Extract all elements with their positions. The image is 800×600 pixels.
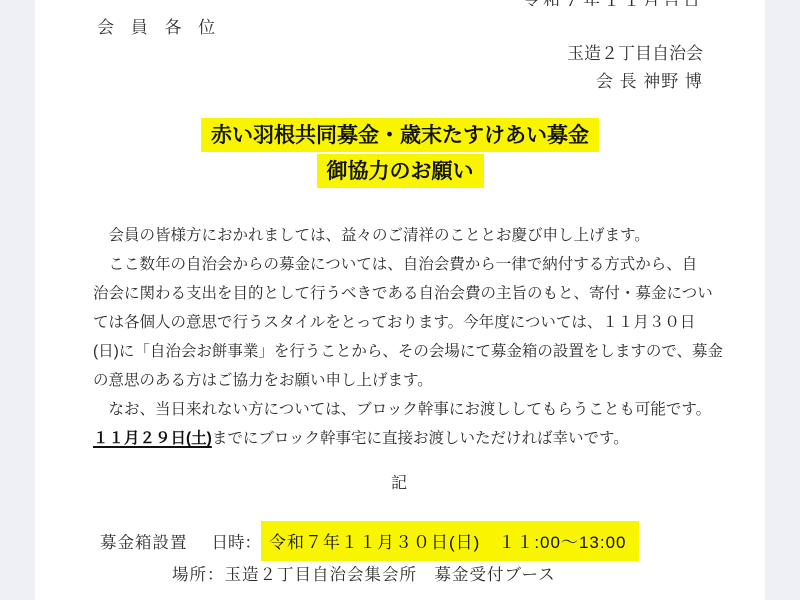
recipient-line: 会 員 各 位: [97, 13, 221, 38]
ki-section-marker: 記: [35, 470, 765, 493]
detail-item-label: 募金箱設置: [100, 529, 188, 553]
place-label: 場所：: [172, 566, 225, 584]
issue-date-clipped: 令和７年１１月吉日: [523, 0, 703, 6]
notice-title: 赤い羽根共同募金・歳末たすけあい募金 御協力のお願い: [35, 118, 765, 190]
sender-block: 玉造２丁目自治会 会 長 神野 博: [567, 40, 703, 96]
document-viewport: 令和７年１１月吉日 会 員 各 位 玉造２丁目自治会 会 長 神野 博 赤い羽根…: [0, 0, 800, 600]
sender-organization: 玉造２丁目自治会: [567, 40, 703, 68]
body-line: 治会に関わる支出を目的として行うべきである自治会費の主旨のもと、寄付・募金につい: [93, 279, 723, 308]
body-line-deadline: １１月２９日(土)までにブロック幹事宅に直接お渡しいただければ幸いです。: [93, 424, 723, 453]
body-line: の意思のある方はご協力をお願い申し上げます。: [93, 366, 723, 395]
deadline-date: １１月２９日(土): [93, 430, 212, 447]
detail-datetime-row: 募金箱設置 日時： 令和７年１１月３０日(日) １１:00～13:00: [100, 521, 639, 561]
body-line: ては各個人の意思で行うスタイルをとっております。今年度については、１１月３０日: [93, 308, 723, 337]
issue-date-text: 令和７年１１月吉日: [523, 0, 703, 6]
body-line: ここ数年の自治会からの募金については、自治会費から一律で納付する方式から、自: [93, 250, 723, 279]
title-line-2: 御協力のお願い: [317, 154, 484, 188]
place-value: 玉造２丁目自治会集会所 募金受付ブース: [225, 566, 556, 584]
deadline-rest: までにブロック幹事宅に直接お渡しいただければ幸いです。: [212, 430, 629, 447]
datetime-label: 日時：: [212, 529, 262, 553]
body-line: (日)に「自治会お餅事業」を行うことから、その会場にて募金箱の設置をしますので、…: [93, 337, 723, 366]
notice-page: 令和７年１１月吉日 会 員 各 位 玉造２丁目自治会 会 長 神野 博 赤い羽根…: [35, 0, 765, 600]
body-line: 会員の皆様方におかれましては、益々のご清祥のこととお慶び申し上げます。: [93, 221, 723, 250]
detail-place-row: 場所：玉造２丁目自治会集会所 募金受付ブース: [172, 561, 556, 585]
title-line-1: 赤い羽根共同募金・歳末たすけあい募金: [201, 118, 599, 152]
datetime-value-highlighted: 令和７年１１月３０日(日) １１:00～13:00: [261, 521, 639, 561]
body-paragraphs: 会員の皆様方におかれましては、益々のご清祥のこととお慶び申し上げます。 ここ数年…: [93, 221, 723, 453]
sender-chairman: 会 長 神野 博: [567, 68, 703, 96]
body-line: なお、当日来れない方については、ブロック幹事にお渡ししてもらうことも可能です。: [93, 395, 723, 424]
